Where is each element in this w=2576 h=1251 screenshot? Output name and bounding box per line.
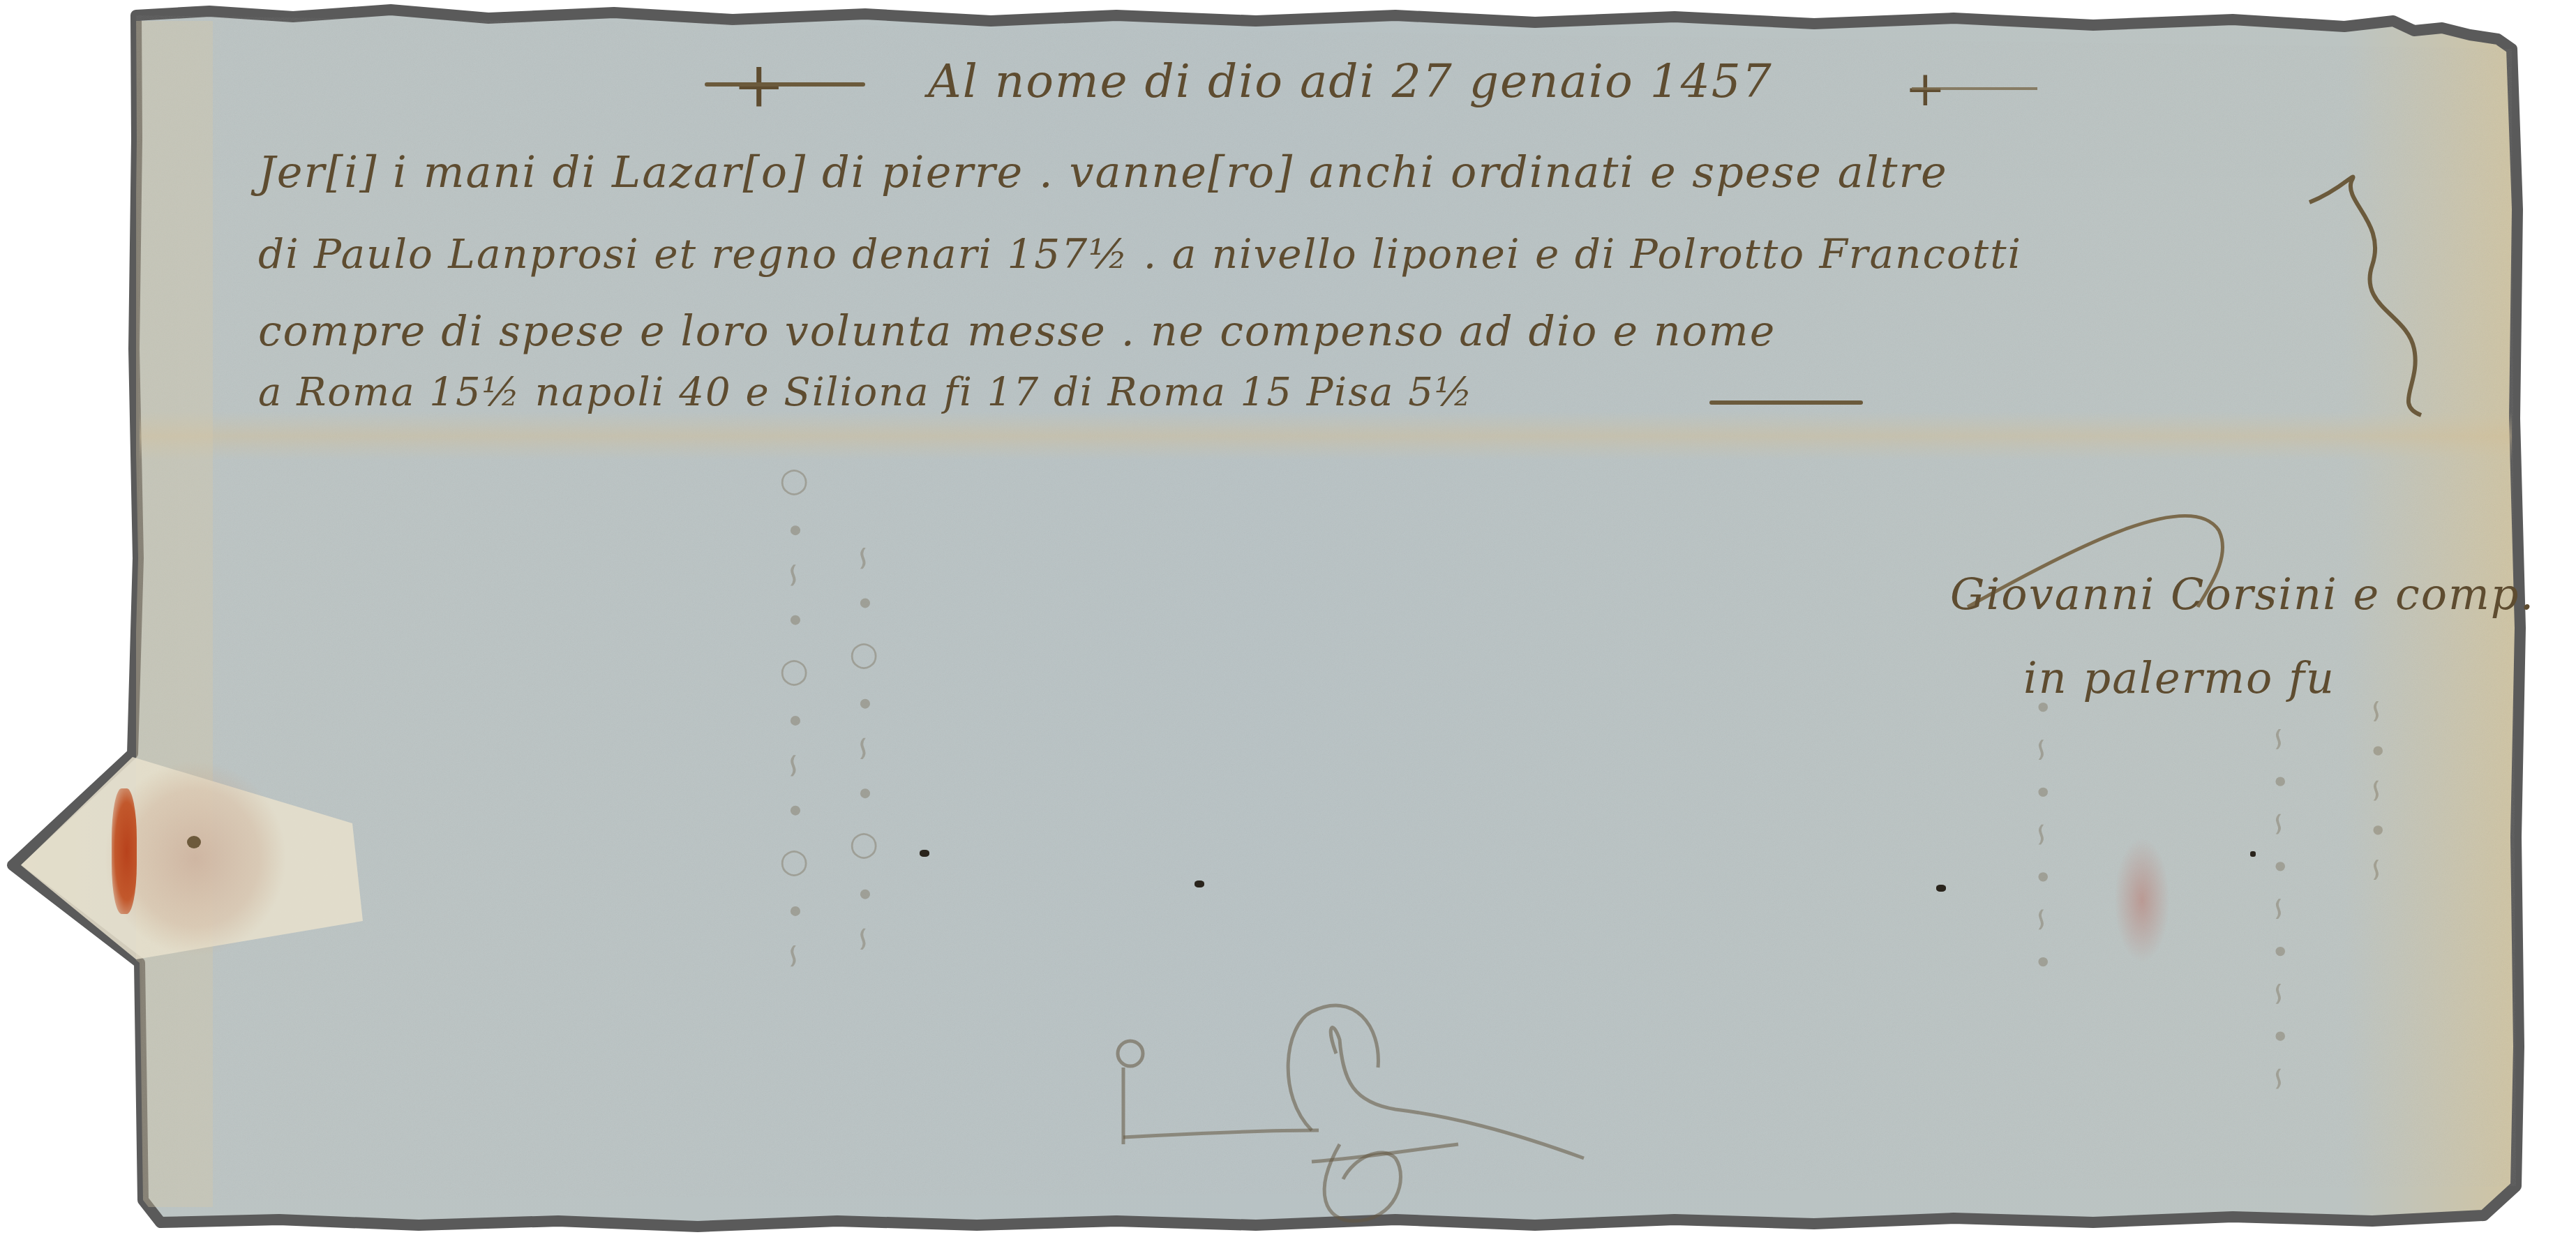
show-through-column: ○•∽•○•∽•○•∽ (774, 460, 814, 991)
document-scan: + Al nome di dio adi 27 genaio 1457 + Je… (0, 0, 2576, 1251)
show-through-column: ∽•∽•∽ (2358, 698, 2396, 900)
line-end-rule (1709, 400, 1863, 405)
signature-line-2: in palermo fu (2023, 652, 2335, 703)
header-rule-left (705, 82, 865, 87)
pin-hole (920, 850, 929, 857)
body-line-4: a Roma 15½ napoli 40 e Siliona fi 17 di … (258, 370, 1474, 415)
body-line-3: compre di spese e loro volunta messe . n… (258, 307, 1776, 356)
stain-mark (2114, 837, 2170, 963)
body-line-1: Jer[i] i mani di Lazar[o] di pierre . va… (258, 147, 1948, 197)
header-rule-right (1912, 87, 2037, 90)
header-invocation: Al nome di dio adi 27 genaio 1457 (928, 54, 1773, 108)
seal-hole (187, 836, 201, 848)
pin-hole (1936, 885, 1946, 892)
show-through-column: •∽•∽•∽• (2023, 698, 2061, 991)
pin-hole (1195, 881, 1204, 887)
pin-hole (2250, 851, 2256, 857)
show-through-column: ∽•∽•∽•∽•∽ (2261, 726, 2298, 1111)
show-through-column: ∽•○•∽•○•∽ (844, 544, 883, 974)
signature-line-1: Giovanni Corsini e comp. (1950, 569, 2535, 620)
body-line-2: di Paulo Lanprosi et regno denari 157½ .… (258, 230, 2022, 278)
merchant-mark-monogram (1102, 970, 1591, 1235)
margin-flourish (2302, 140, 2484, 419)
wax-seal-residue (112, 788, 137, 914)
